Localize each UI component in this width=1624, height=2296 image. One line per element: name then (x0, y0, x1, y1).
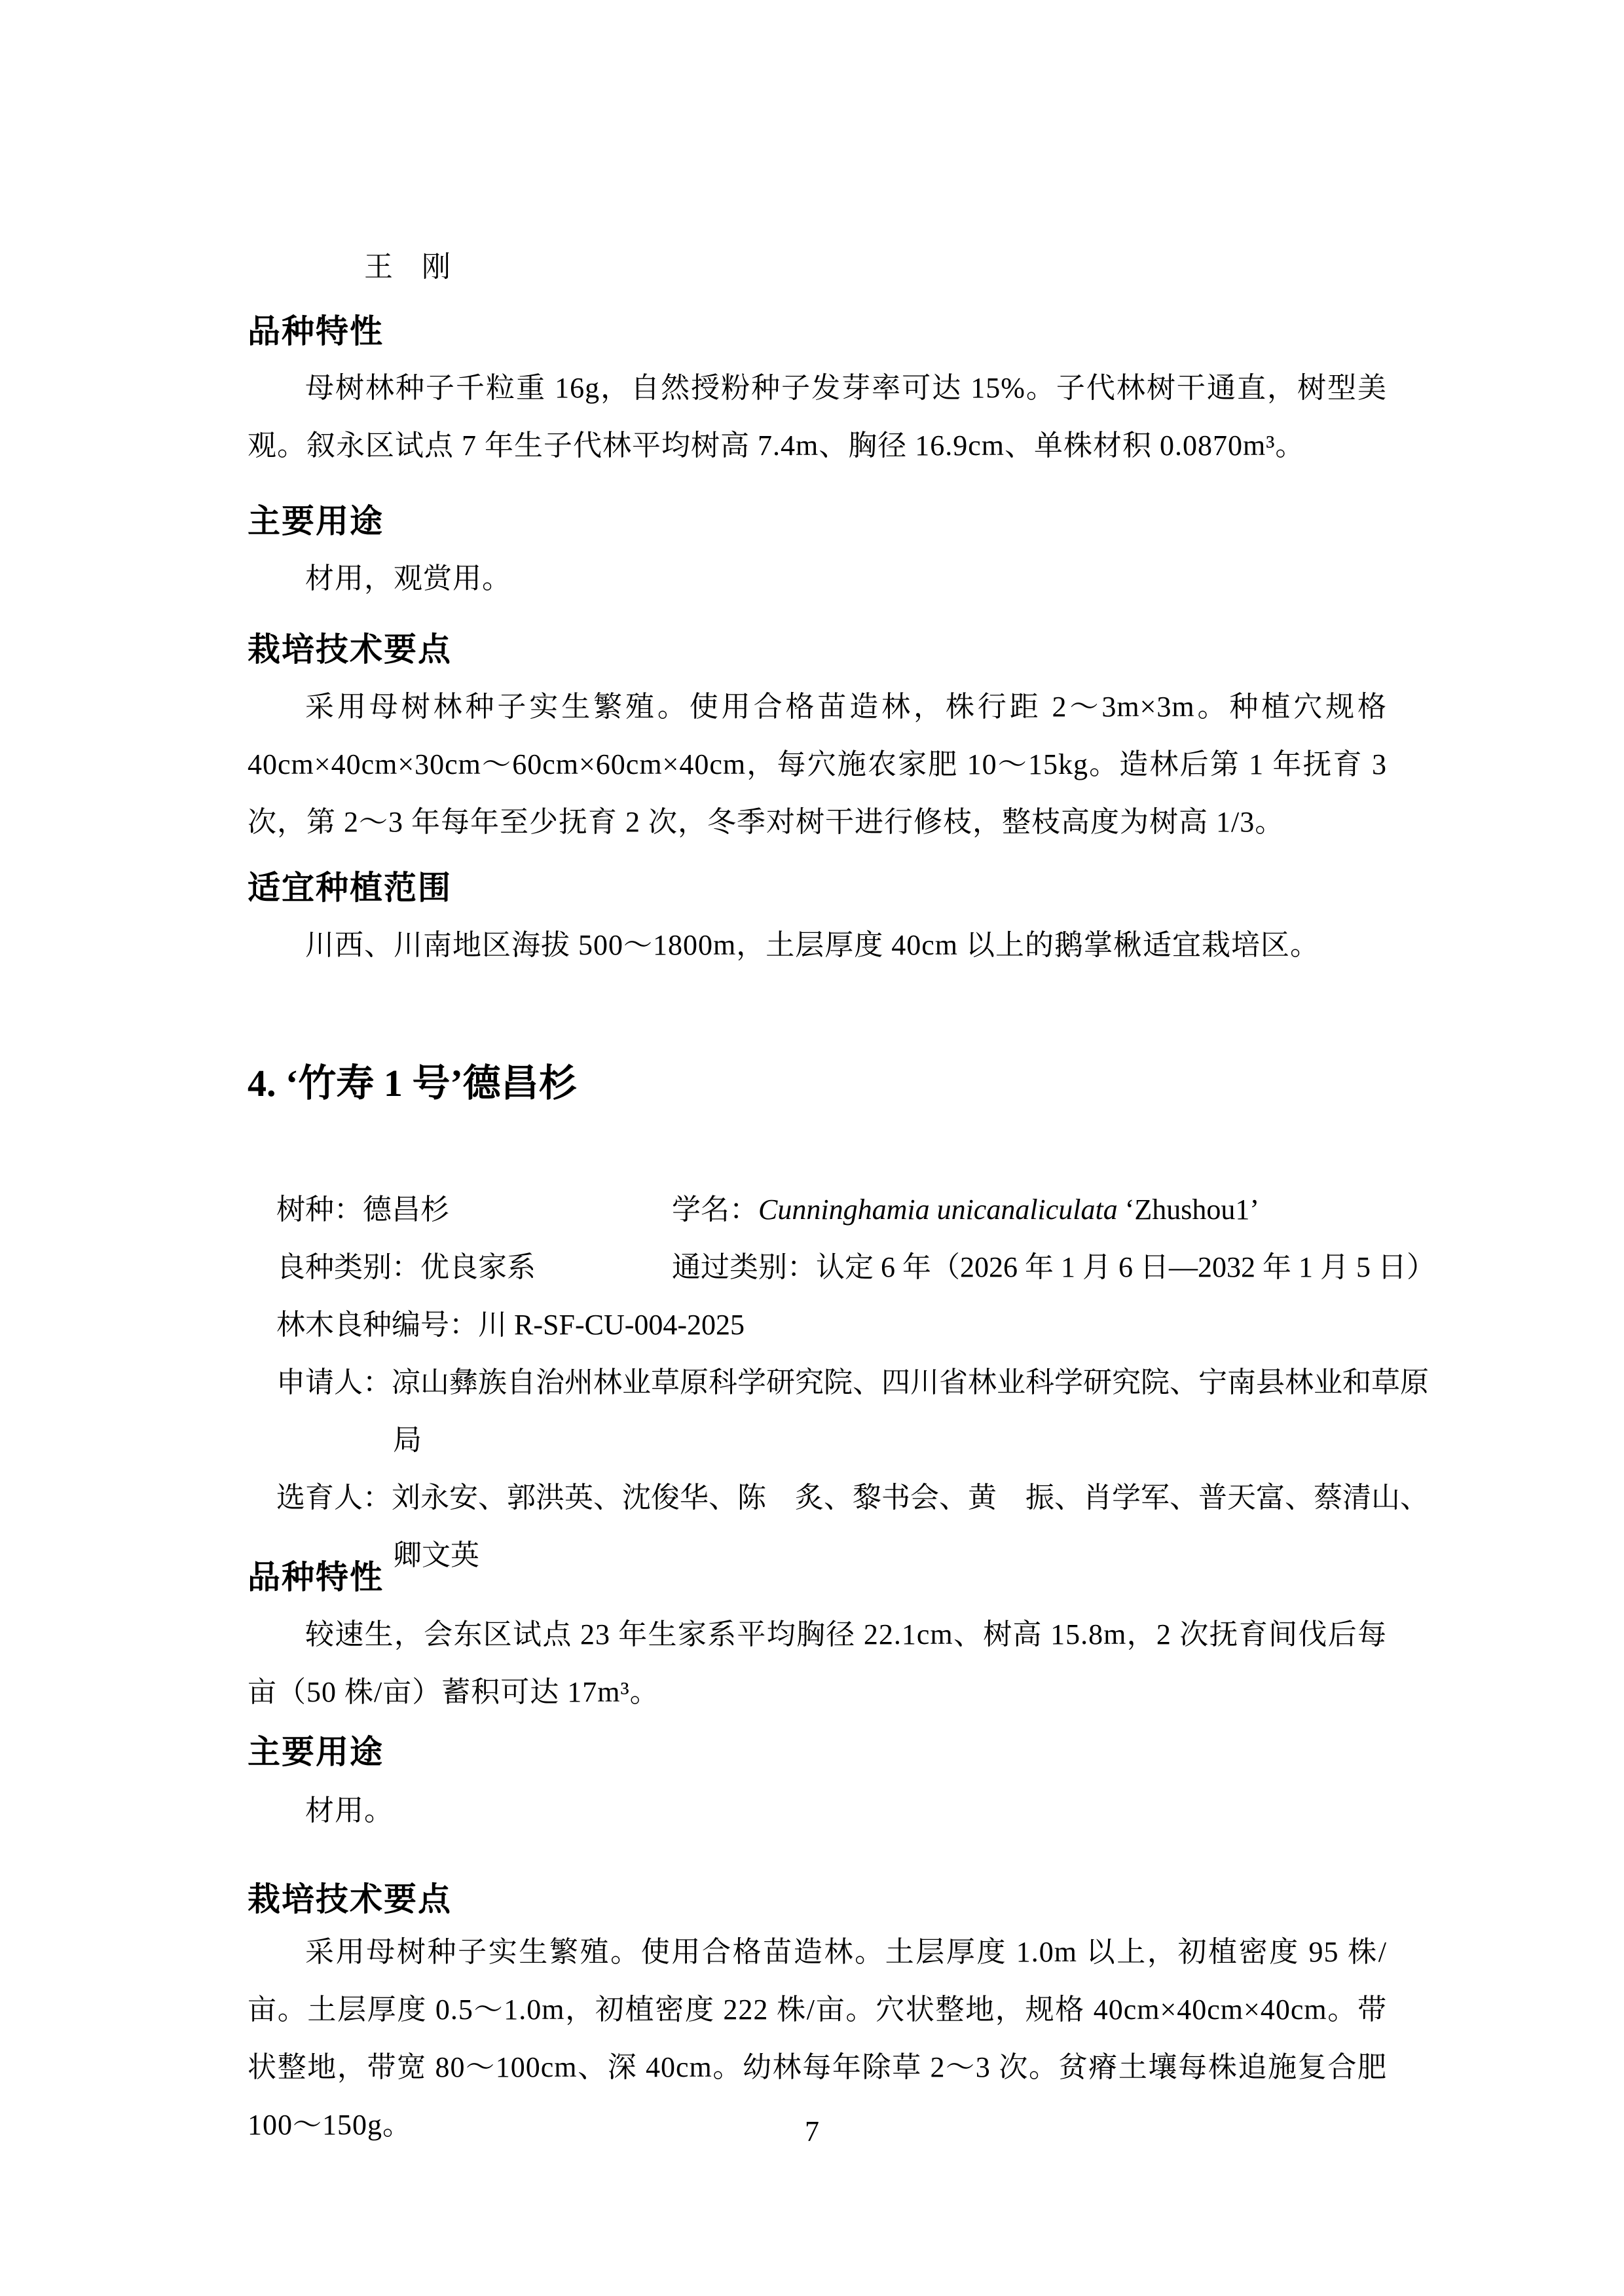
document-page: 王 刚 品种特性 母树林种子千粒重 16g，自然授粉种子发芽率可达 15%。子代… (0, 0, 1624, 2296)
paragraph-main-uses: 材用，观赏用。 (248, 550, 1387, 608)
paragraph-variety-traits: 母树林种子千粒重 16g，自然授粉种子发芽率可达 15%。子代林树干通直，树型美… (248, 359, 1387, 475)
breeder-list-continuation: 王 刚 (248, 253, 1504, 282)
section-heading-cultivation-techniques: 栽培技术要点 (248, 632, 1387, 666)
entry-title-zhushou1: 4. ‘竹寿 1 号’德昌杉 (248, 1062, 1387, 1105)
paragraph-cultivation-techniques: 采用母树林种子实生繁殖。使用合格苗造林，株行距 2～3m×3m。种植穴规格 40… (248, 678, 1387, 851)
paragraph-suitable-planting-range: 川西、川南地区海拔 500～1800m，土层厚度 40cm 以上的鹅掌楸适宜栽培… (248, 917, 1387, 974)
section-heading-variety-traits-2: 品种特性 (248, 1560, 1387, 1594)
section-heading-main-uses: 主要用途 (248, 504, 1387, 538)
paragraph-variety-traits-2: 较速生，会东区试点 23 年生家系平均胸径 22.1cm、树高 15.8m，2 … (248, 1606, 1387, 1721)
section-heading-suitable-planting-range: 适宜种植范围 (248, 871, 1387, 905)
section-heading-cultivation-techniques-2: 栽培技术要点 (248, 1882, 1387, 1916)
page-number: 7 (0, 2116, 1624, 2147)
section-heading-main-uses-2: 主要用途 (248, 1735, 1387, 1769)
paragraph-main-uses-2: 材用。 (248, 1782, 1387, 1840)
section-heading-variety-traits: 品种特性 (248, 314, 1387, 348)
